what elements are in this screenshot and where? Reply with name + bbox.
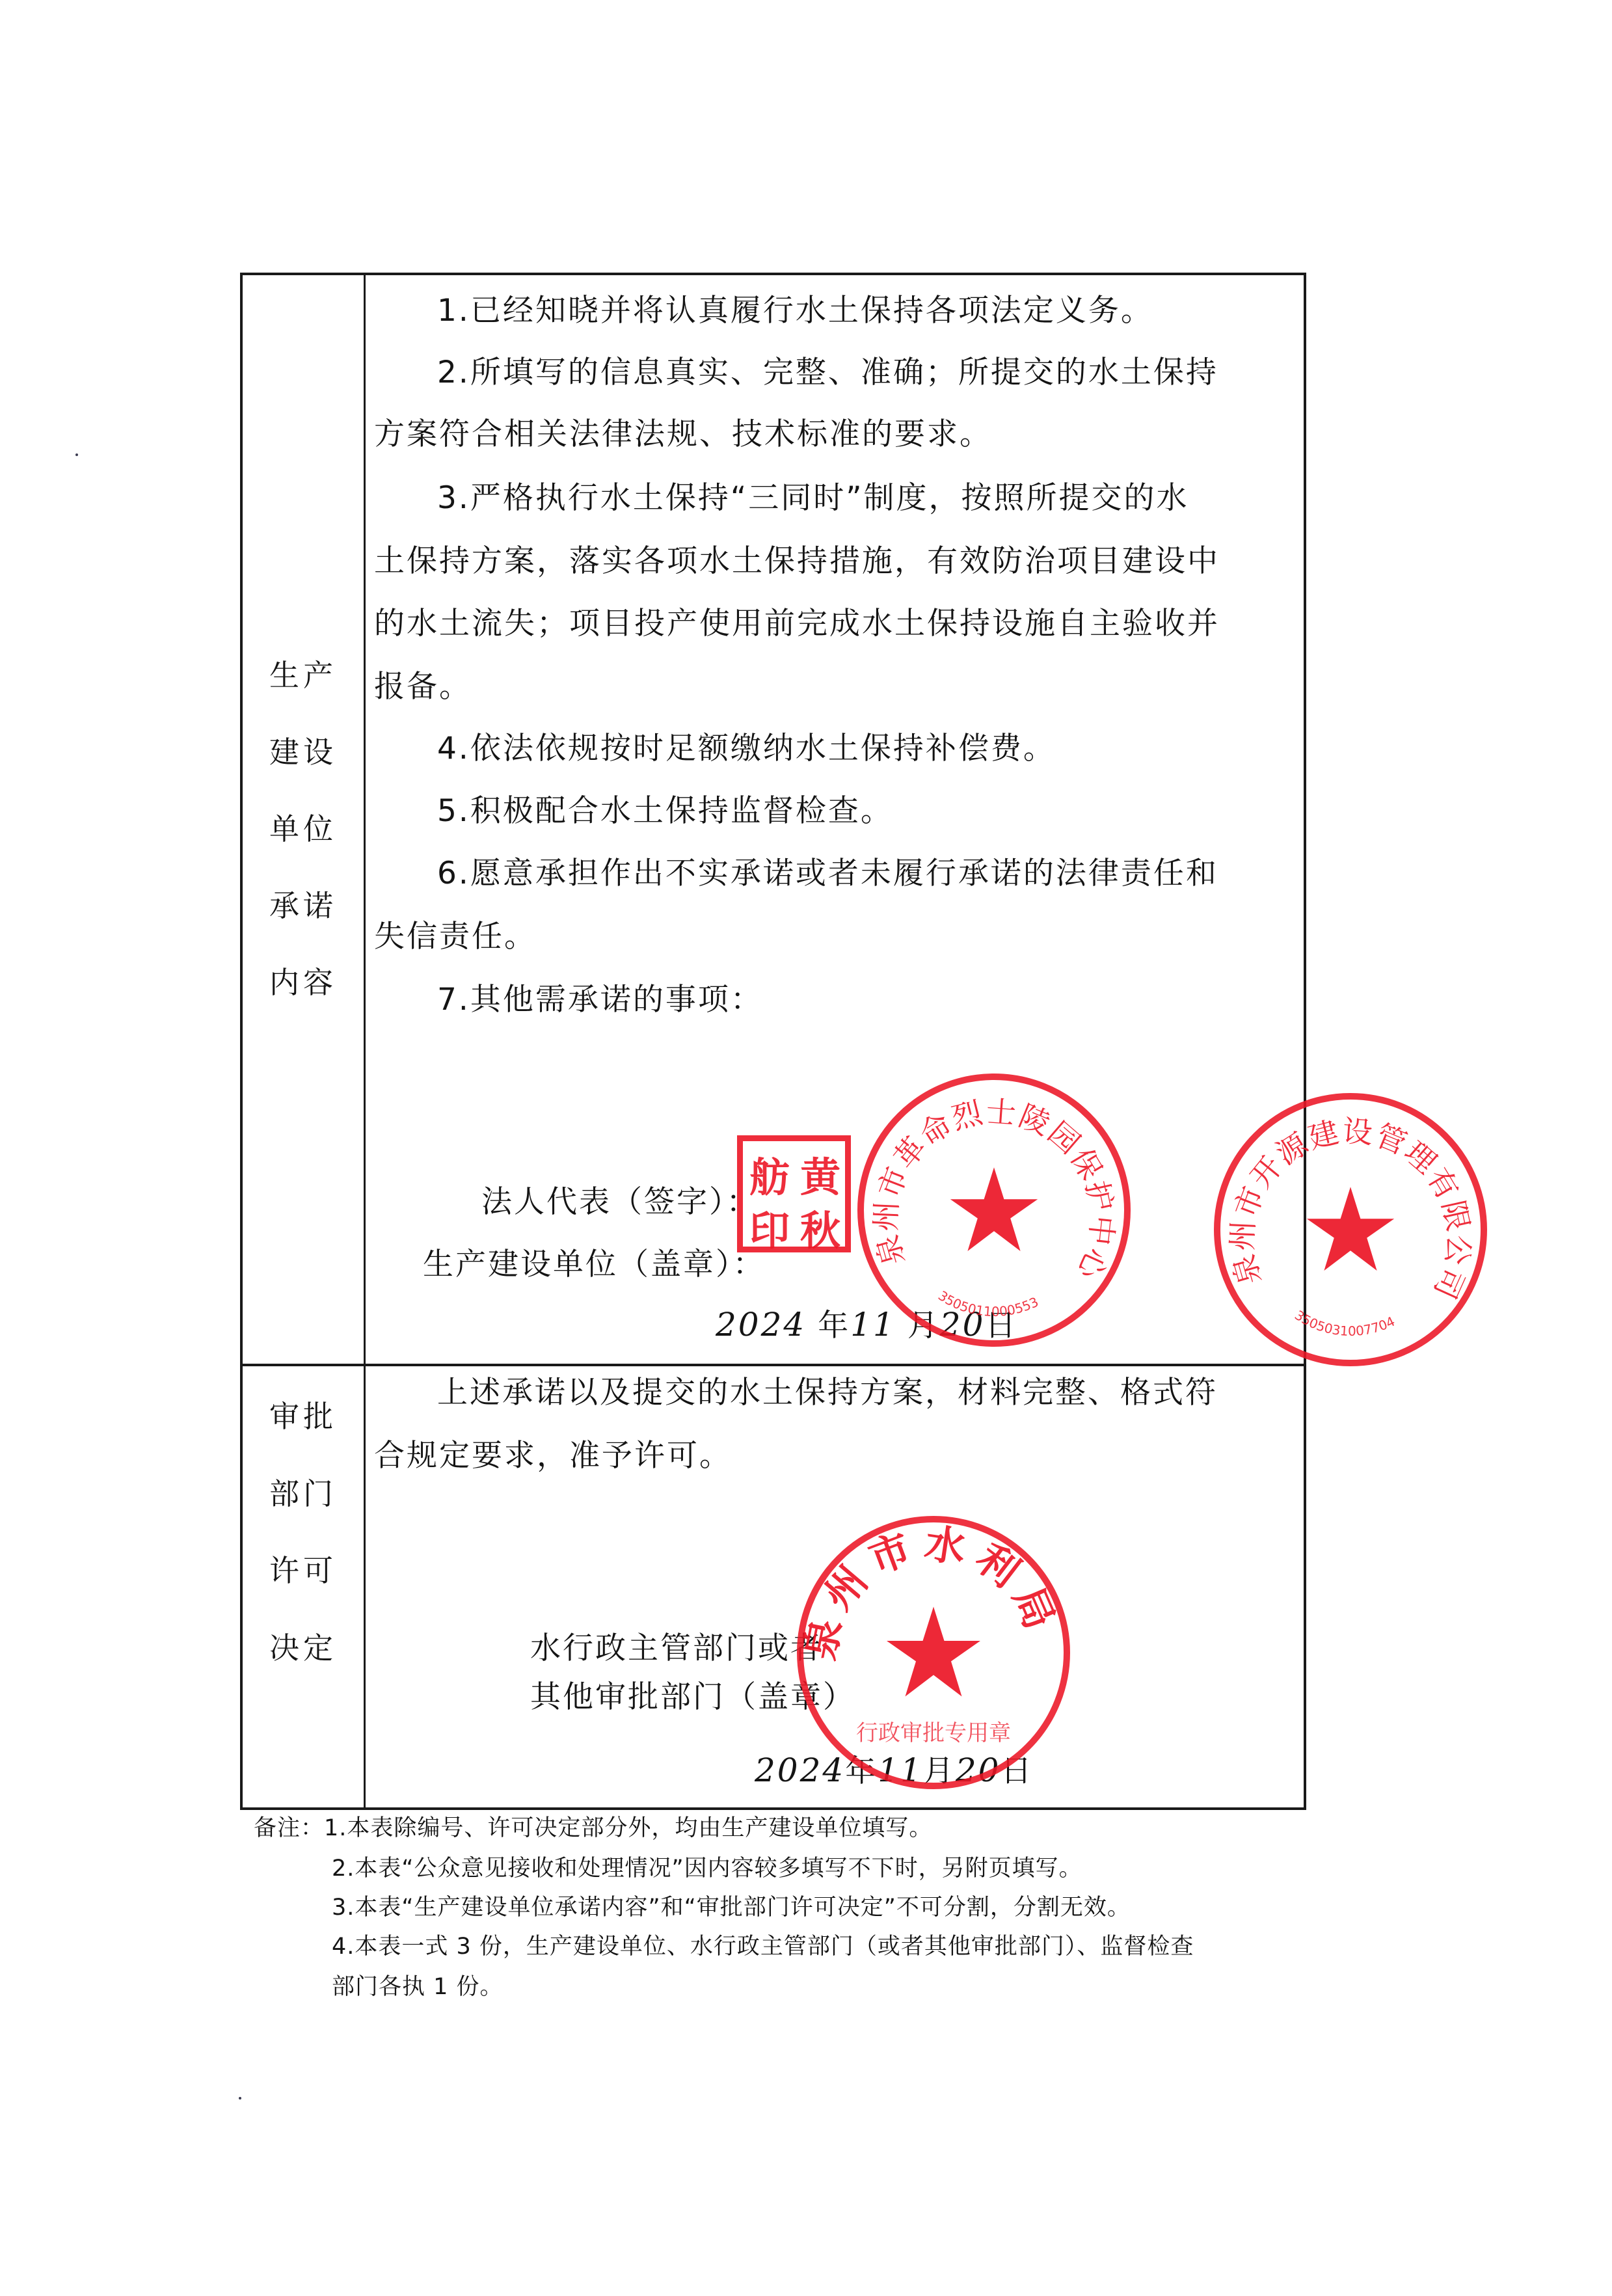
- commitment-item-1: 1.已经知晓并将认真履行水土保持各项法定义务。: [437, 294, 1153, 328]
- commitment-item-6-cont: 失信责任。: [374, 920, 537, 954]
- unit-seal-1: 泉州市革命烈士陵园保护中心 3505011000553: [857, 1074, 1131, 1347]
- scan-speck: [239, 2097, 241, 2100]
- notes-line: 3.本表“生产建设单位承诺内容”和“审批部门许可决定”不可分割，分割无效。: [332, 1895, 1131, 1921]
- scan-speck: [75, 453, 78, 456]
- authority-label-1: 水行政主管部门或者: [530, 1632, 823, 1666]
- row-divider: [243, 1364, 1304, 1366]
- label-line: 审批: [243, 1401, 364, 1431]
- commitment-item-5: 5.积极配合水土保持监督检查。: [437, 794, 893, 828]
- commitment-item-3-cont: 土保持方案，落实各项水土保持措施，有效防治项目建设中: [374, 545, 1220, 578]
- commitment-item-3-cont: 的水土流失；项目投产使用前完成水土保持设施自主验收并: [374, 607, 1220, 641]
- commitment-item-7: 7.其他需承诺的事项：: [437, 983, 763, 1017]
- legal-rep-signature-label: 法人代表（签字）：: [481, 1185, 759, 1219]
- approval-seal: 泉州市水利局 行政审批专用章: [797, 1516, 1070, 1789]
- star-icon: [1305, 1184, 1396, 1275]
- star-icon: [948, 1165, 1040, 1256]
- document-page: 生产 建设 单位 承诺 内容 审批 部门 许可 决定 1.已经知晓并将认真履行水…: [0, 0, 1612, 2296]
- unit-seal-label: 生产建设单位（盖章）：: [423, 1248, 766, 1282]
- column-divider: [364, 275, 366, 1807]
- svg-text:3505011000553: 3505011000553: [935, 1288, 1041, 1319]
- label-line: 许可: [243, 1556, 364, 1586]
- notes-prefix: 备注：: [254, 1815, 324, 1841]
- commitment-item-4: 4.依法依规按时足额缴纳水土保持补偿费。: [437, 732, 1056, 766]
- date-year: 2024: [716, 1306, 806, 1344]
- label-line: 建设: [243, 737, 364, 767]
- notes-line: 备注：1.本表除编号、许可决定部分外，均由生产建设单位填写。: [254, 1815, 932, 1841]
- label-line: 部门: [243, 1479, 364, 1509]
- approval-text: 上述承诺以及提交的水土保持方案，材料完整、格式符: [437, 1376, 1218, 1410]
- label-line: 决定: [243, 1633, 364, 1663]
- commitment-item-6: 6.愿意承担作出不实承诺或者未履行承诺的法律责任和: [437, 857, 1218, 891]
- notes-line: 4.本表一式 3 份，生产建设单位、水行政主管部门（或者其他审批部门）、监督检查: [332, 1934, 1194, 1960]
- star-icon: [885, 1604, 982, 1701]
- svg-text:行政审批专用章: 行政审批专用章: [856, 1720, 1011, 1746]
- commitment-item-2-cont: 方案符合相关法律法规、技术标准的要求。: [374, 418, 992, 452]
- commitment-item-3: 3.严格执行水土保持“三同时”制度，按照所提交的水: [437, 481, 1189, 515]
- unit-seal-2: 泉州市开源建设管理有限公司 3505031007704: [1214, 1093, 1487, 1366]
- label-line: 单位: [243, 814, 364, 844]
- approval-text-cont: 合规定要求，准予许可。: [374, 1439, 732, 1473]
- label-line: 内容: [243, 967, 364, 997]
- label-line: 承诺: [243, 891, 364, 921]
- commitment-item-2: 2.所填写的信息真实、完整、准确；所提交的水土保持: [437, 356, 1218, 390]
- notes-line: 部门各执 1 份。: [332, 1974, 504, 2000]
- legal-rep-seal: 黄 秋 舫 印: [737, 1135, 851, 1252]
- label-line: 生产: [243, 660, 364, 690]
- svg-text:3505031007704: 3505031007704: [1292, 1307, 1397, 1339]
- notes-line: 2.本表“公众意见接收和处理情况”因内容较多填写不下时，另附页填写。: [332, 1856, 1082, 1882]
- commitment-item-3-cont: 报备。: [374, 670, 472, 704]
